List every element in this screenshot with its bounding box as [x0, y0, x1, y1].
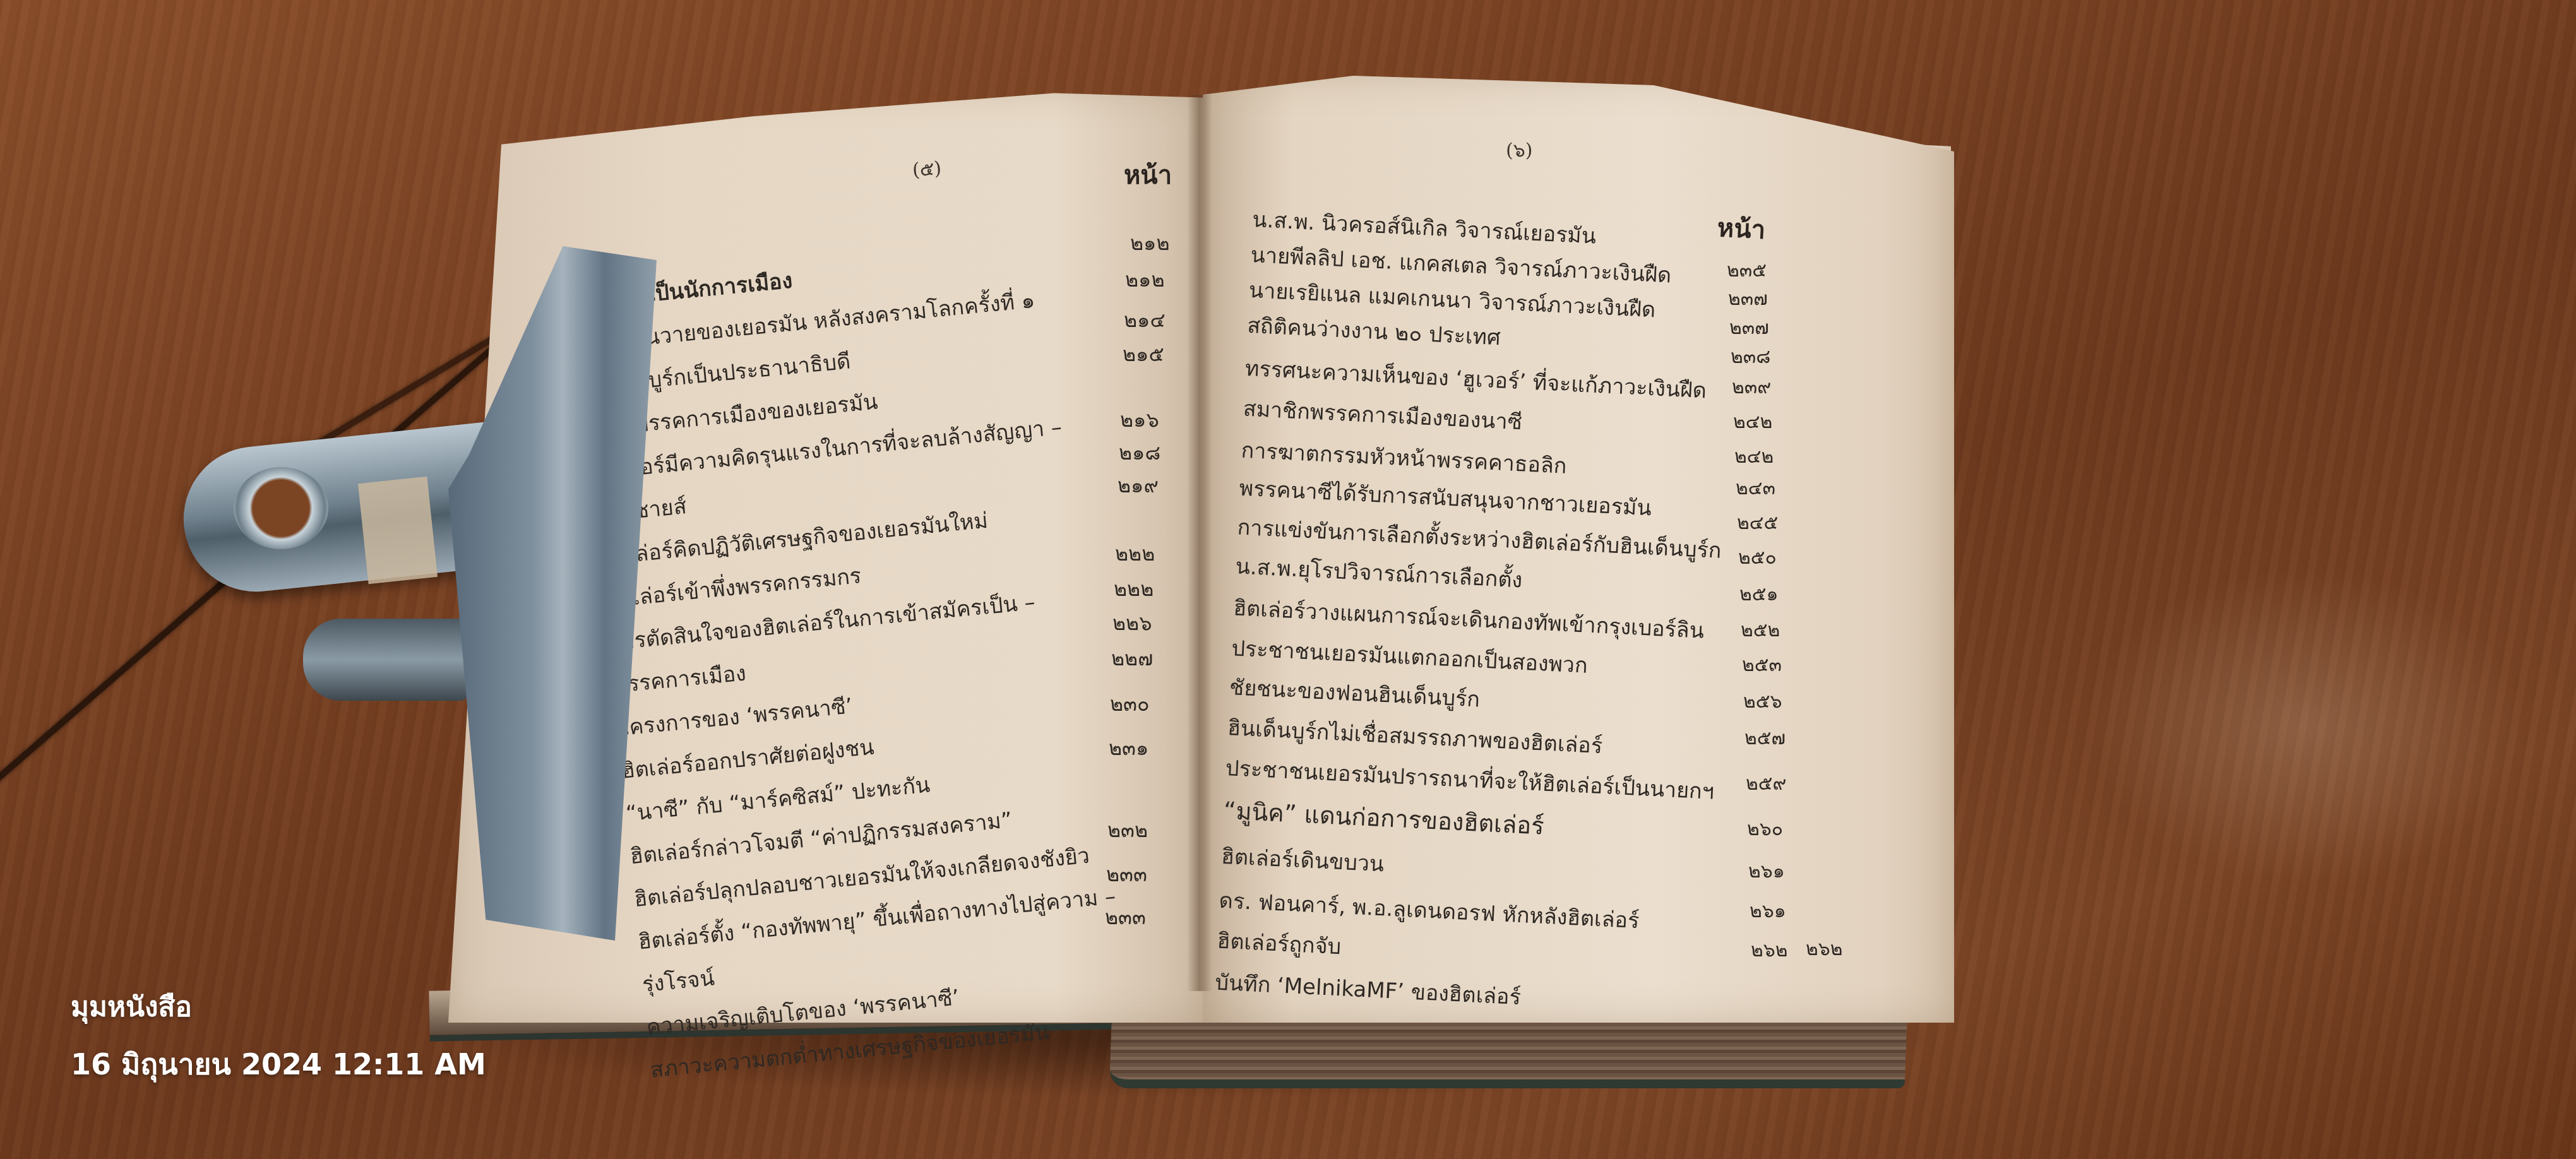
clip-spring	[303, 619, 467, 701]
toc-page-number: ๒๒๒	[1114, 573, 1154, 605]
toc-page-number: ๒๒๒	[1115, 538, 1155, 570]
toc-page-number: ๒๕๗	[1744, 723, 1786, 753]
toc-page-number: ๒๕๐	[1738, 543, 1777, 573]
toc-page-number: ๒๖๐	[1747, 814, 1783, 844]
left-column-header: หน้า	[1124, 155, 1172, 195]
toc-page-number: ๒๑๒	[1125, 264, 1165, 296]
toc-page-number: ๒๓๗	[1729, 313, 1769, 343]
clip-tape	[358, 477, 438, 585]
toc-page-number: ๒๔๒	[1734, 442, 1774, 472]
toc-page-number: ๒๓๐	[1110, 688, 1150, 720]
toc-entry: ฮิตเล่อร์ถูกจับ	[1216, 924, 1342, 964]
toc-page-number: ๒๓๗	[1728, 284, 1768, 314]
toc-page-number: ๒๑๘	[1119, 437, 1160, 469]
toc-page-number: ๒๑๔	[1124, 304, 1166, 336]
toc-page-number: ๒๔๕	[1737, 508, 1778, 538]
book-gutter	[1187, 95, 1212, 991]
toc-page-number: ๒๓๓	[1105, 901, 1146, 934]
watermark-title: มุมหนังสือ	[71, 985, 192, 1029]
toc-page-number: ๒๓๑	[1109, 732, 1148, 764]
watermark-datetime: 16 มิถุนายน 2024 12:11 AM	[71, 1042, 486, 1088]
toc-page-number: ๒๕๑	[1739, 579, 1779, 609]
clip-handle-hole	[234, 467, 328, 549]
toc-page-number: ๒๑๕	[1123, 338, 1164, 371]
toc-page-number: ๒๒๗	[1111, 643, 1153, 675]
light-glare	[2084, 568, 2525, 884]
toc-page-number: ๒๑๙	[1118, 470, 1159, 502]
toc-page-number: ๒๕๓	[1742, 650, 1782, 680]
toc-page-number: ๒๖๒	[1751, 936, 1788, 965]
toc-page-number: ๒๓๕	[1727, 256, 1767, 285]
toc-page-number: ๒๓๘	[1731, 342, 1770, 372]
right-column-header: หน้า	[1716, 207, 1766, 250]
toc-page-number: ๒๓๒	[1107, 814, 1148, 847]
toc-page-number: ๒๕๒	[1741, 615, 1780, 645]
left-page-marker: (๕)	[911, 153, 942, 185]
toc-entry: รุ่งโรจน์	[641, 961, 716, 1002]
toc-page-number: ๒๔๓	[1736, 473, 1775, 503]
toc-page-number: ๒๓๙	[1732, 372, 1771, 402]
toc-page-number: ๒๖๒	[1806, 934, 1843, 964]
toc-page-number: ๒๖๑	[1748, 857, 1785, 886]
toc-page-number: ๒๑๖	[1120, 404, 1159, 436]
right-page-marker: (๖)	[1506, 136, 1532, 165]
left-top-page-number: ๒๑๒	[1130, 227, 1170, 259]
toc-page-number: ๒๖๑	[1750, 896, 1786, 926]
toc-page-number: ๒๕๖	[1743, 687, 1782, 716]
toc-page-number: ๒๕๙	[1746, 769, 1786, 799]
toc-page-number: ๒๒๖	[1112, 607, 1152, 639]
toc-page-number: ๒๓๓	[1106, 859, 1147, 891]
toc-page-number: ๒๔๒	[1733, 407, 1772, 437]
